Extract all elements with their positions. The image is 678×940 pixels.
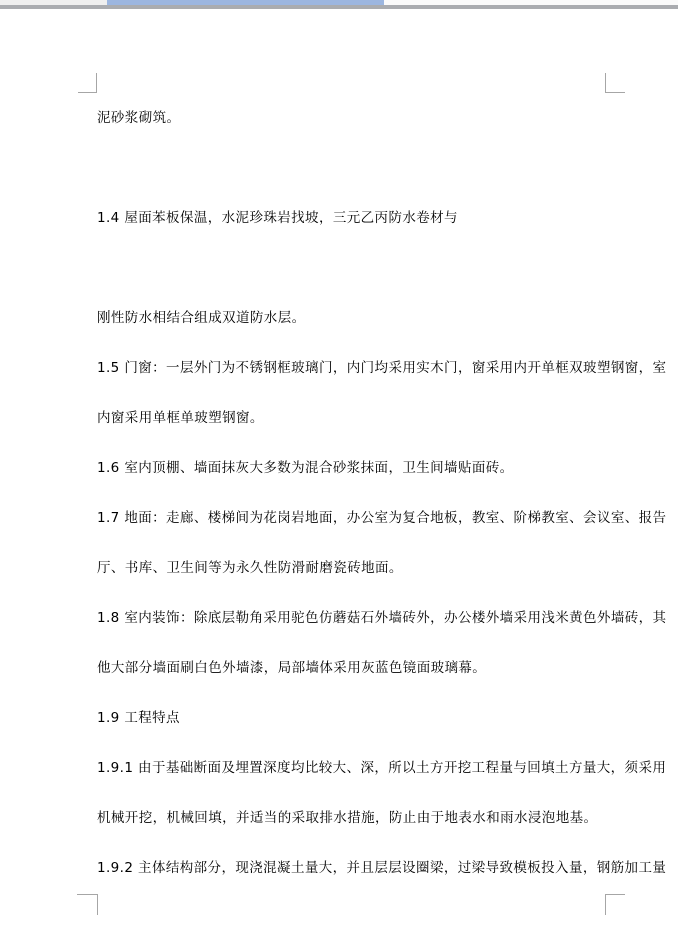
text-line[interactable] — [97, 143, 612, 193]
margin-crop-mark-top-left — [78, 73, 97, 93]
text-line[interactable]: 1.9.1 由于基础断面及埋置深度均比较大、深，所以土方开挖工程量与回填土方量大… — [97, 743, 612, 793]
text-line[interactable]: 机械开挖，机械回填，并适当的采取排水措施，防止由于地表水和雨水浸泡地基。 — [97, 793, 612, 843]
text-line[interactable]: 1.5 门窗：一层外门为不锈钢框玻璃门，内门均采用实木门，窗采用内开单框双玻塑钢… — [97, 343, 612, 393]
text-line[interactable]: 内窗采用单框单玻塑钢窗。 — [97, 393, 612, 443]
text-line[interactable]: 1.9.2 主体结构部分，现浇混凝土量大，并且层层设圈梁，过梁导致模板投入量，钢… — [97, 843, 612, 893]
margin-crop-mark-bottom-left — [77, 894, 98, 915]
text-line[interactable]: 厅、书库、卫生间等为永久性防滑耐磨瓷砖地面。 — [97, 543, 612, 593]
text-line[interactable]: 刚性防水相结合组成双道防水层。 — [97, 293, 612, 343]
text-line[interactable]: 1.7 地面：走廊、楼梯间为花岗岩地面，办公室为复合地板，教室、阶梯教室、会议室… — [97, 493, 612, 543]
margin-crop-mark-top-right — [605, 73, 625, 93]
text-line[interactable] — [97, 243, 612, 293]
text-line[interactable]: 1.8 室内装饰：除底层勒角采用驼色仿蘑菇石外墙砖外，办公楼外墙采用浅米黄色外墙… — [97, 593, 612, 643]
text-line[interactable]: 1.4 屋面苯板保温，水泥珍珠岩找坡，三元乙丙防水卷材与 — [97, 193, 612, 243]
text-line[interactable]: 1.6 室内顶棚、墙面抹灰大多数为混合砂浆抹面，卫生间墙贴面砖。 — [97, 443, 612, 493]
document-text[interactable]: 泥砂浆砌筑。 1.4 屋面苯板保温，水泥珍珠岩找坡，三元乙丙防水卷材与 刚性防水… — [97, 93, 612, 893]
text-line[interactable]: 1.9 工程特点 — [97, 693, 612, 743]
text-line[interactable]: 泥砂浆砌筑。 — [97, 93, 612, 143]
text-line[interactable]: 他大部分墙面刷白色外墙漆，局部墙体采用灰蓝色镜面玻璃幕。 — [97, 643, 612, 693]
margin-crop-mark-bottom-right — [605, 894, 625, 915]
document-page[interactable]: 泥砂浆砌筑。 1.4 屋面苯板保温，水泥珍珠岩找坡，三元乙丙防水卷材与 刚性防水… — [0, 9, 678, 940]
